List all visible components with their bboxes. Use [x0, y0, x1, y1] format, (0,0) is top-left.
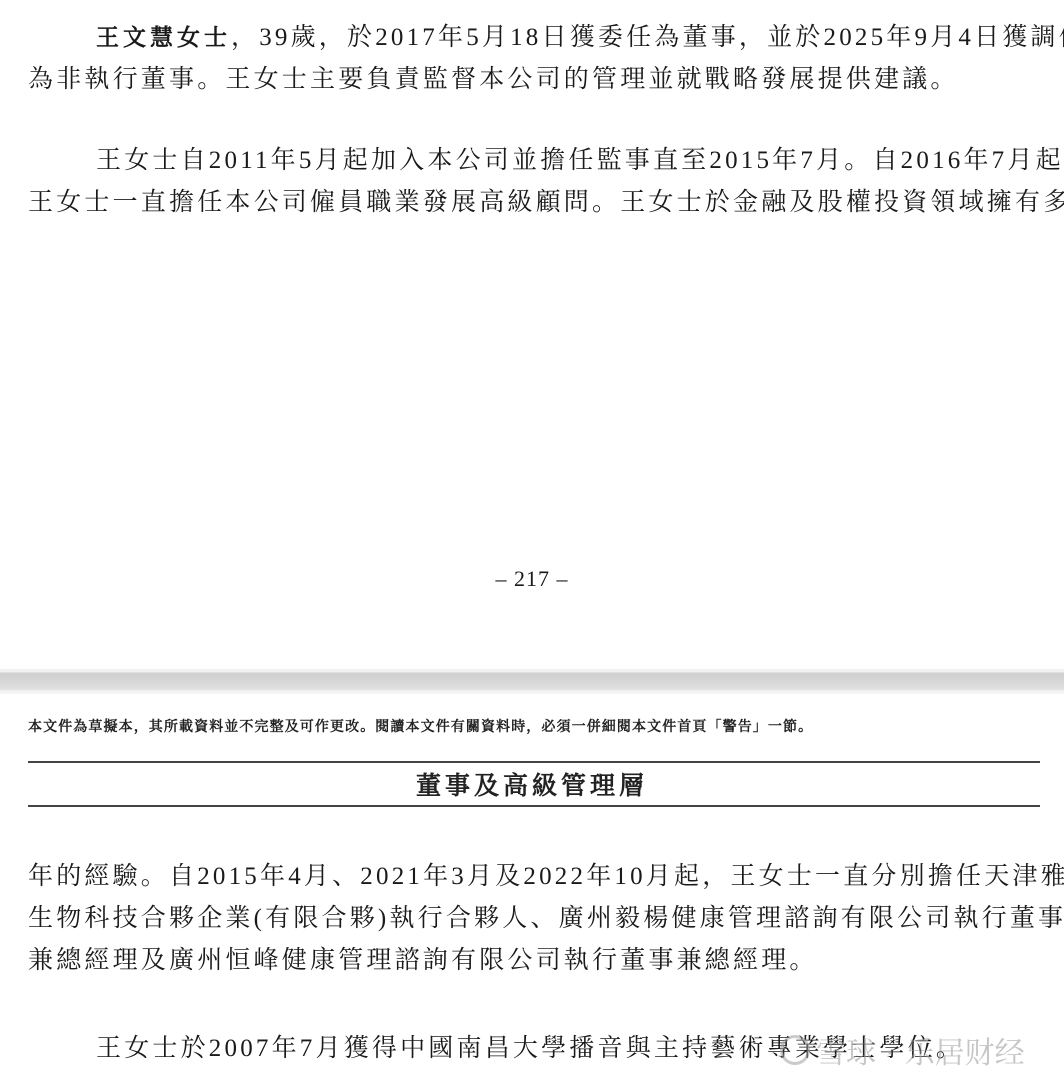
- draft-disclaimer: 本文件為草擬本，其所載資料並不完整及可作更改。閱讀本文件有關資料時，必須一併細閱…: [28, 716, 1040, 736]
- watermark: 雪球 · 乐居财经: [780, 1030, 1025, 1070]
- paragraph-3-line-2: 生物科技合夥企業(有限合夥)執行合夥人、廣州毅楊健康管理諮詢有限公司執行董事: [28, 904, 1040, 934]
- paragraph-3-line-3: 兼總經理及廣州恒峰健康管理諮詢有限公司執行董事兼總經理。: [28, 946, 1040, 976]
- director-name: 王文慧女士: [96, 25, 231, 51]
- section-title: 董事及高級管理層: [0, 766, 1064, 802]
- watermark-text: 雪球 · 乐居财经: [816, 1028, 1025, 1072]
- paragraph-3-line-1: 年的經驗。自2015年4月、2021年3月及2022年10月起，王女士一直分別擔…: [28, 862, 1040, 892]
- snowball-logo-icon: [780, 1035, 810, 1065]
- page-number: – 217 –: [0, 566, 1064, 592]
- header-rule-top: [28, 761, 1040, 763]
- paragraph-1-line-2: 為非執行董事。王女士主要負責監督本公司的管理並就戰略發展提供建議。: [28, 65, 1040, 95]
- paragraph-1-line-1: 王文慧女士，39歲，於2017年5月18日獲委任為董事，並於2025年9月4日獲…: [96, 23, 1040, 53]
- paragraph-2-line-2: 王女士一直擔任本公司僱員職業發展高級顧問。王女士於金融及股權投資領域擁有多: [28, 188, 1040, 218]
- page-separator: [0, 669, 1064, 694]
- paragraph-2-line-1: 王女士自2011年5月起加入本公司並擔任監事直至2015年7月。自2016年7月…: [96, 146, 1040, 176]
- header-rule-bottom: [28, 805, 1040, 807]
- document-page-217: 王文慧女士，39歲，於2017年5月18日獲委任為董事，並於2025年9月4日獲…: [0, 0, 1064, 669]
